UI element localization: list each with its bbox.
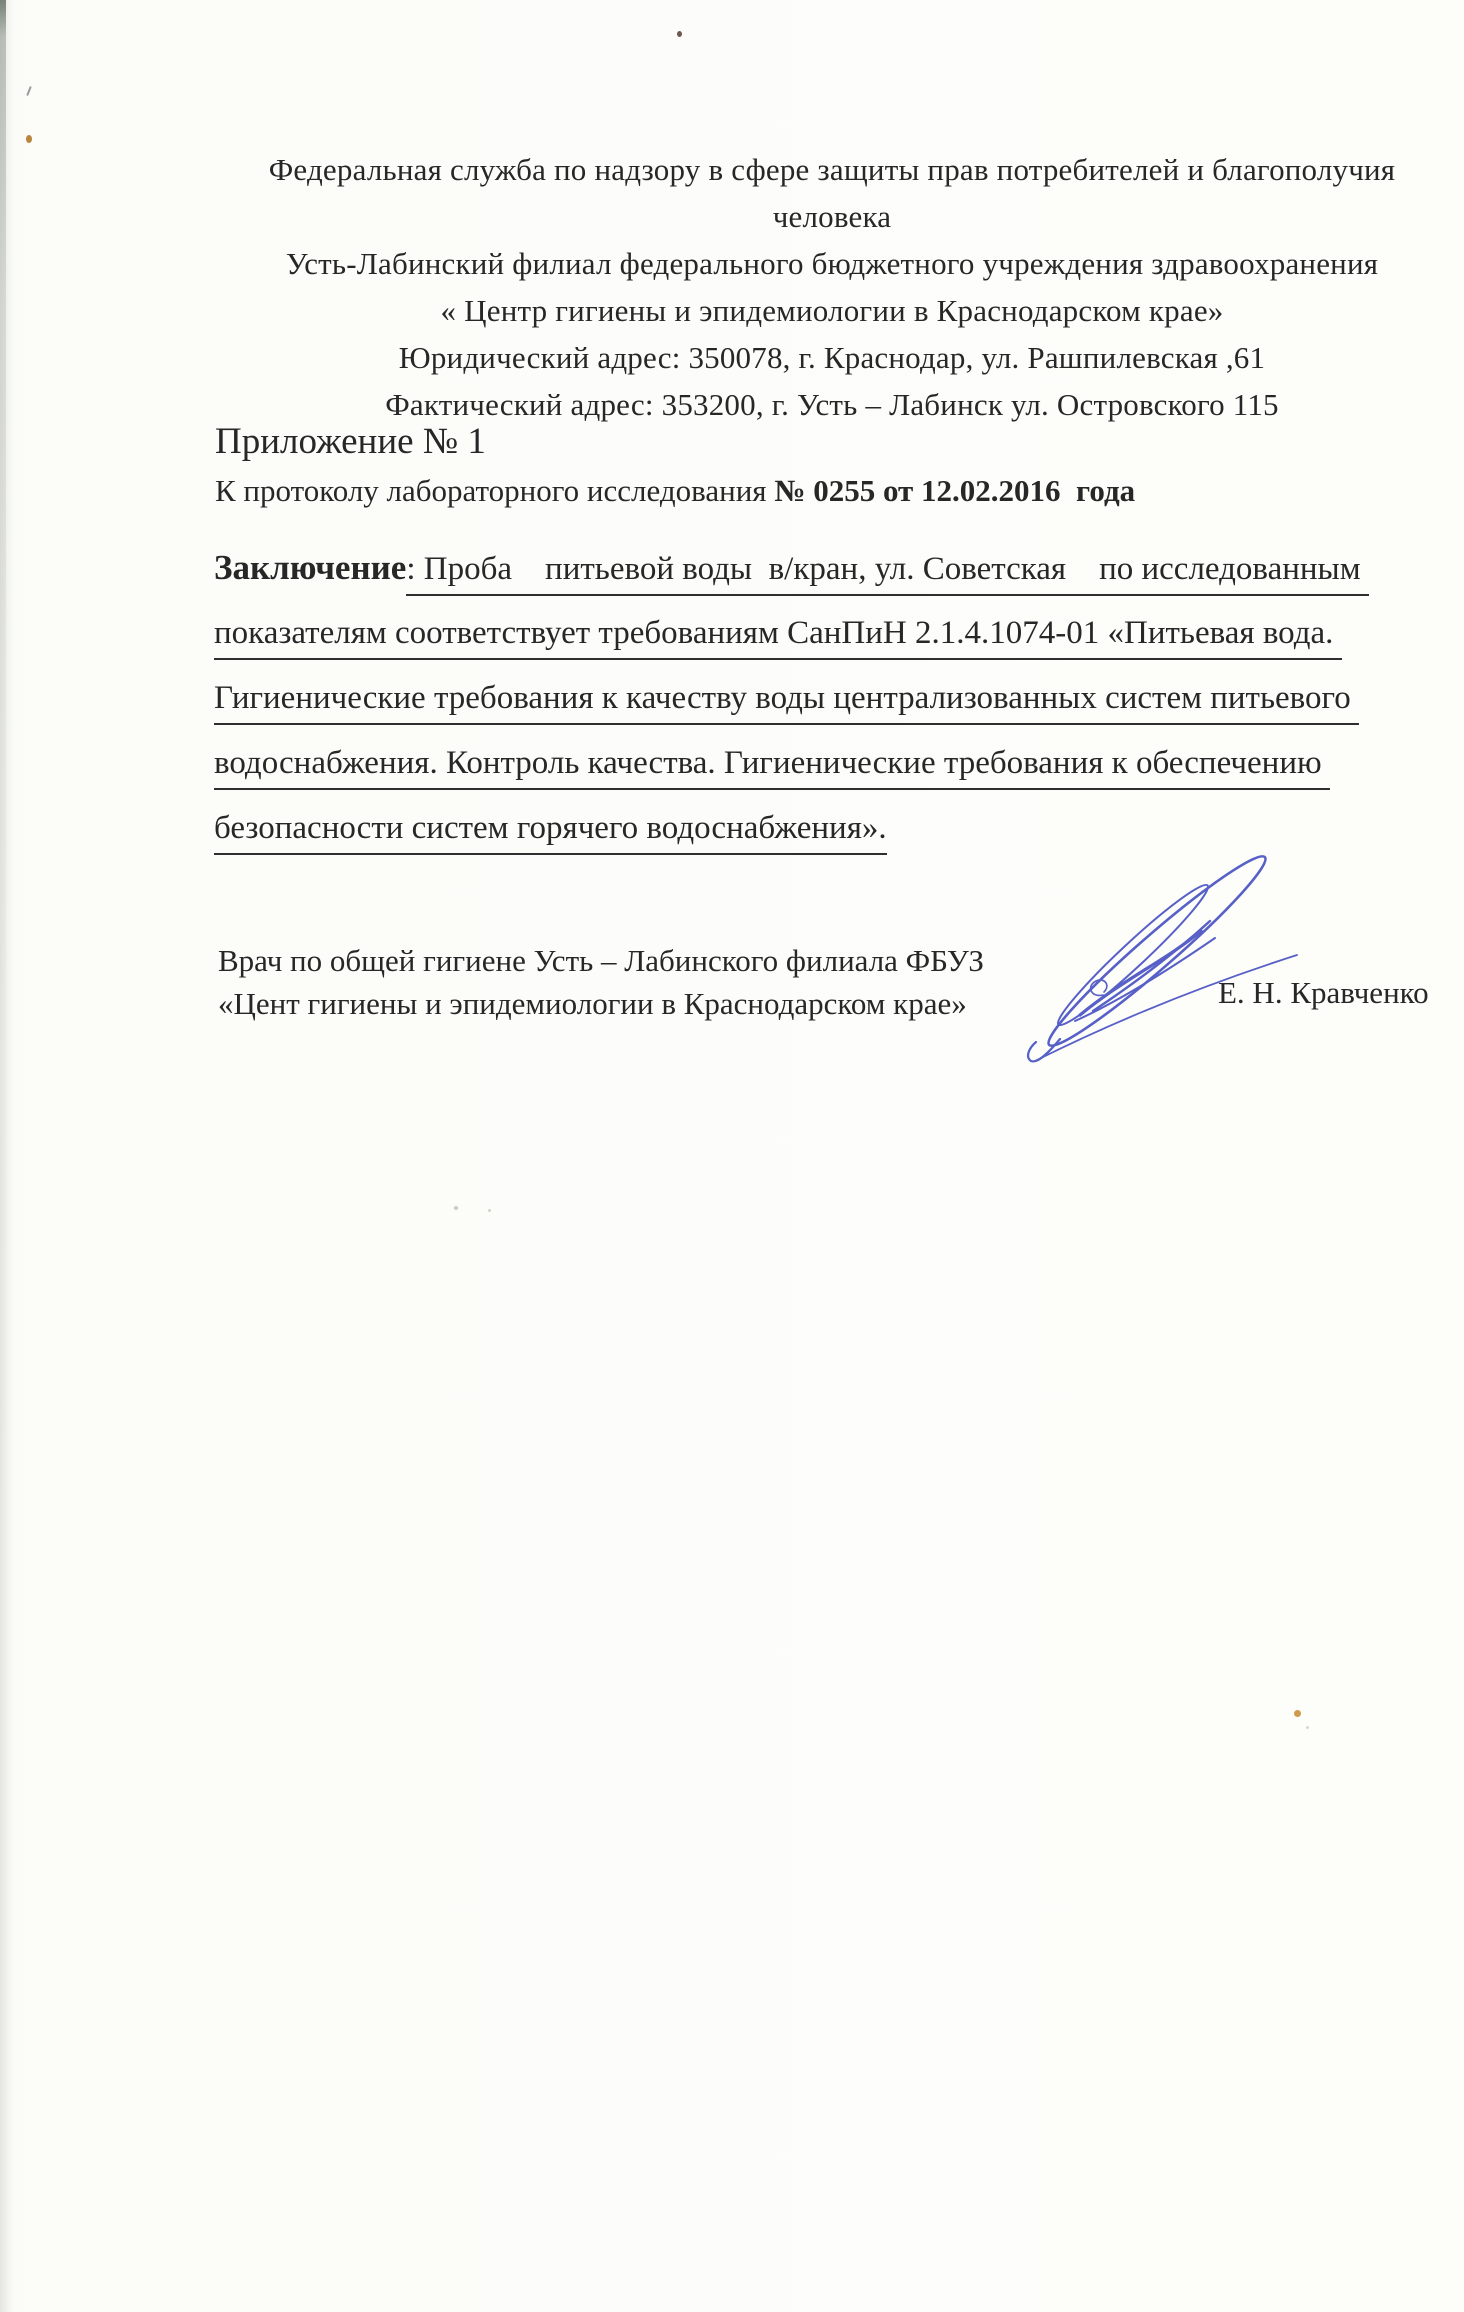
conclusion-text: : Проба питьевой воды в/кран, ул. Советс… bbox=[406, 551, 1369, 596]
protocol-reference: К протоколу лабораторного исследования №… bbox=[215, 473, 1135, 509]
conclusion-text: Гигиенические требования к качеству воды… bbox=[214, 680, 1359, 725]
handwritten-signature-ink bbox=[1005, 843, 1325, 1078]
signatory-name: Е. Н. Кравченко bbox=[1218, 975, 1429, 1011]
scan-speck bbox=[488, 1209, 491, 1212]
scanned-document-page: Федеральная служба по надзору в сфере за… bbox=[0, 0, 1464, 2312]
scan-speck bbox=[677, 31, 682, 37]
letterhead: Федеральная служба по надзору в сфере за… bbox=[200, 146, 1464, 428]
signature-role-line: «Цент гигиены и эпидемиологии в Краснода… bbox=[218, 986, 967, 1022]
letterhead-line: человека bbox=[200, 193, 1464, 240]
scan-speck bbox=[1306, 1726, 1309, 1729]
conclusion-line: безопасности систем горячего водоснабжен… bbox=[214, 810, 887, 855]
conclusion-line: Гигиенические требования к качеству воды… bbox=[214, 680, 1359, 725]
scan-mark bbox=[26, 86, 32, 96]
protocol-number: № 0255 от 12.02.2016 года bbox=[774, 473, 1135, 508]
conclusion-line: Заключение: Проба питьевой воды в/кран, … bbox=[214, 548, 1369, 596]
scan-edge-shadow bbox=[0, 0, 6, 1500]
conclusion-label: Заключение bbox=[214, 548, 406, 587]
appendix-title: Приложение № 1 bbox=[215, 420, 486, 463]
letterhead-line: Федеральная служба по надзору в сфере за… bbox=[200, 146, 1464, 193]
signature-role-line: Врач по общей гигиене Усть – Лабинского … bbox=[218, 943, 984, 979]
conclusion-text: безопасности систем горячего водоснабжен… bbox=[214, 810, 887, 855]
letterhead-line: « Центр гигиены и эпидемиологии в Красно… bbox=[200, 287, 1464, 334]
conclusion-line: водоснабжения. Контроль качества. Гигиен… bbox=[214, 745, 1330, 790]
letterhead-line-legal-address: Юридический адрес: 350078, г. Краснодар,… bbox=[200, 334, 1464, 381]
conclusion-text: водоснабжения. Контроль качества. Гигиен… bbox=[214, 745, 1330, 790]
scan-speck bbox=[454, 1206, 458, 1210]
conclusion-line: показателям соответствует требованиям Са… bbox=[214, 615, 1342, 660]
scan-speck bbox=[26, 135, 32, 143]
scan-speck bbox=[1294, 1710, 1301, 1717]
letterhead-line: Усть-Лабинский филиал федерального бюдже… bbox=[200, 240, 1464, 287]
protocol-reference-prefix: К протоколу лабораторного исследования bbox=[215, 473, 774, 508]
conclusion-text: показателям соответствует требованиям Са… bbox=[214, 615, 1342, 660]
